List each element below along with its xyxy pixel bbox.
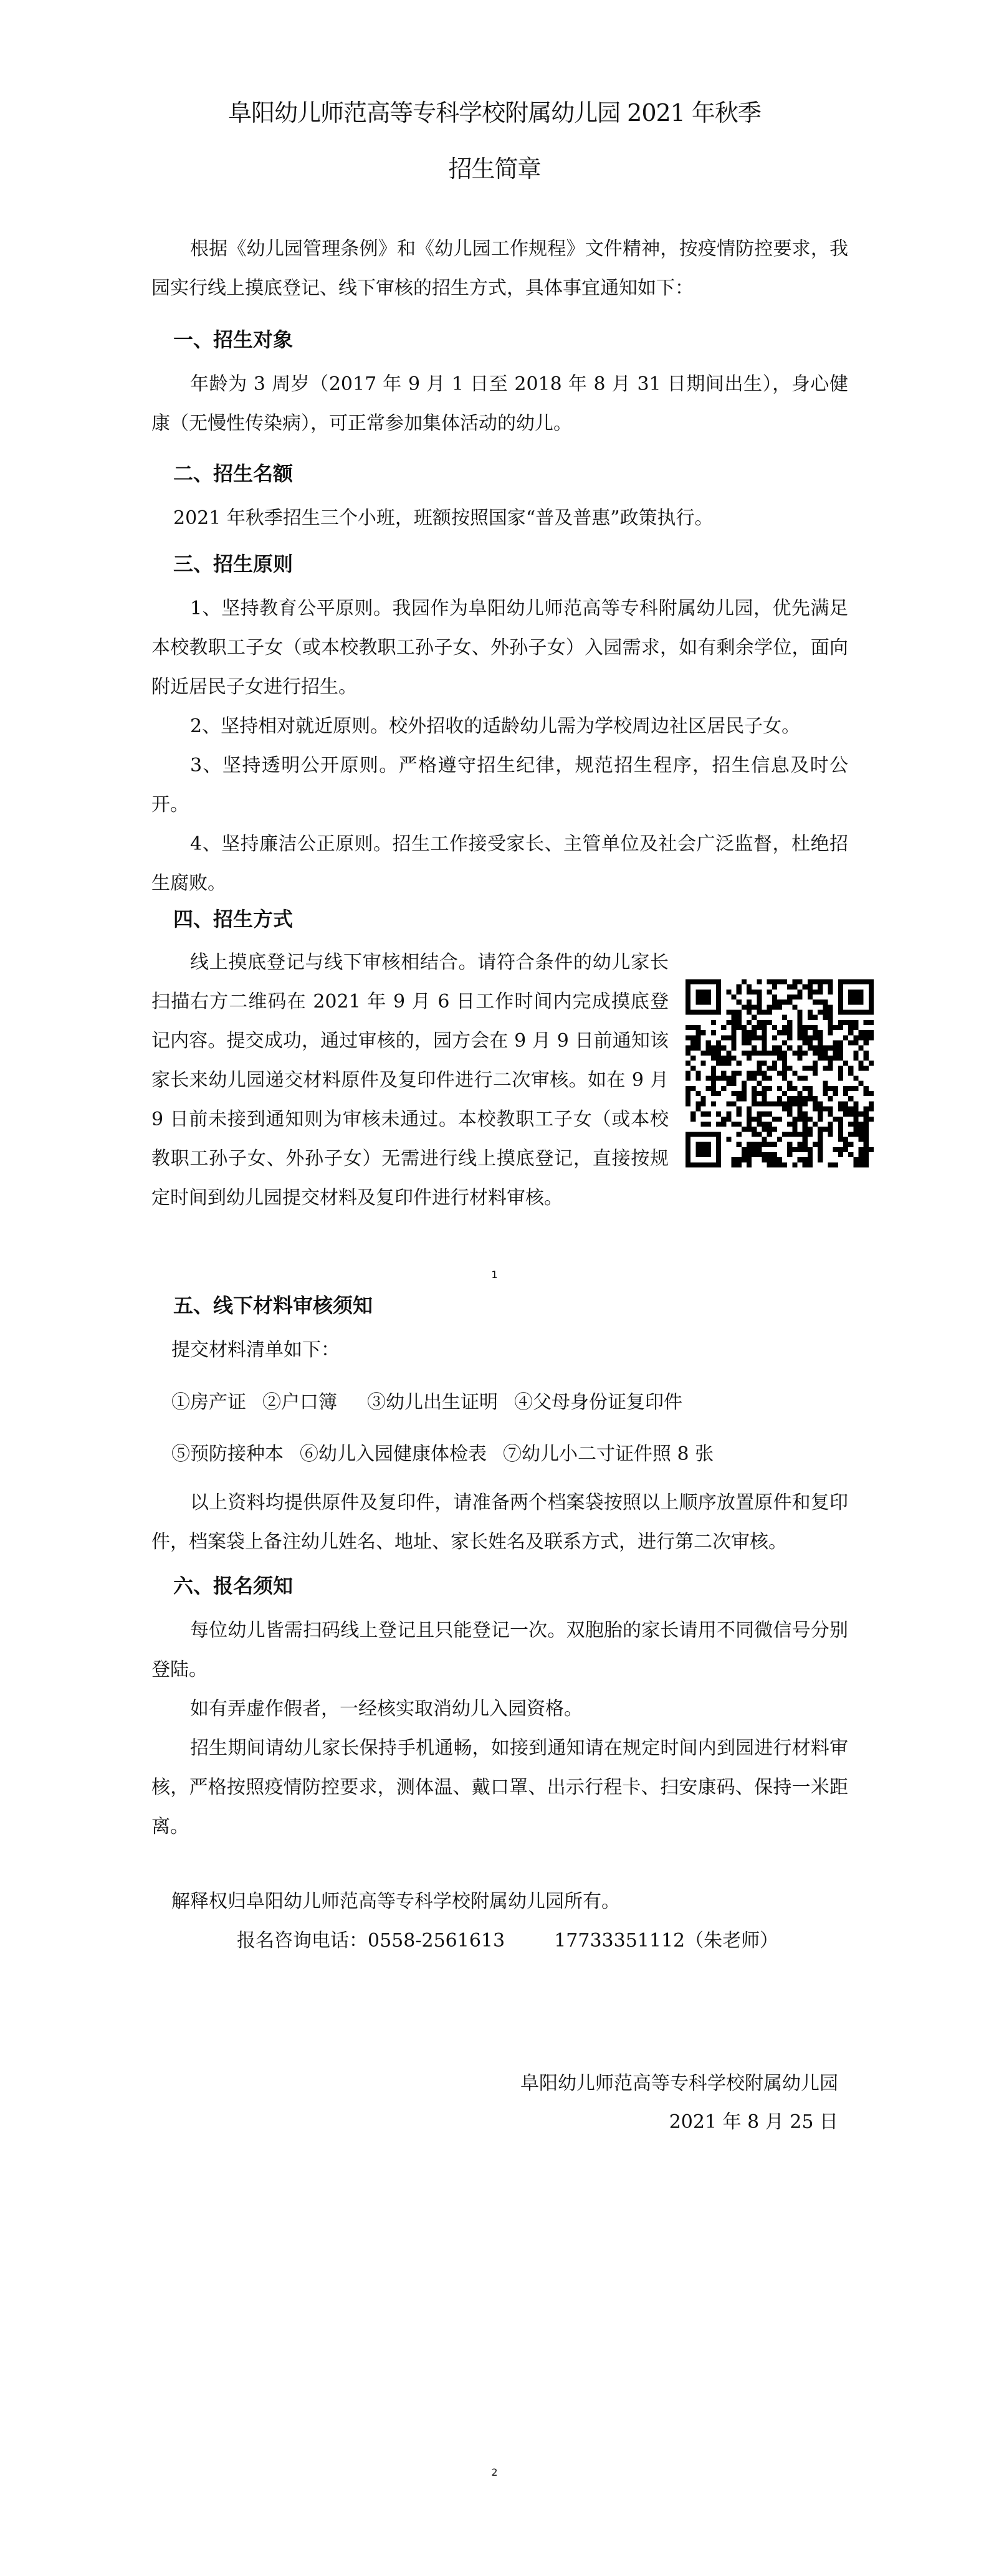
contact-label: 报名咨询电话：0558-2561613 — [237, 1930, 505, 1952]
signature-organization: 阜阳幼儿师范高等专科学校附属幼儿园 — [520, 2068, 838, 2095]
section-heading-6: 六、报名须知 — [173, 1570, 293, 1599]
section-3-paragraph-2: 2、坚持相对就近原则。校外招收的适龄幼儿需为学校周边社区居民子女。 — [151, 707, 848, 746]
section-6-paragraph-2: 如有弄虚作假者，一经核实取消幼儿入园资格。 — [151, 1689, 848, 1729]
section-heading-1: 一、招生对象 — [173, 324, 293, 353]
section-4-paragraph: 线上摸底登记与线下审核相结合。请符合条件的幼儿家长扫描右方二维码在 2021 年… — [151, 943, 669, 1218]
section-3-paragraph-1: 1、坚持教育公平原则。我园作为阜阳幼儿师范高等专科附属幼儿园，优先满足本校教职工… — [151, 589, 848, 707]
section-5-paragraph: 以上资料均提供原件及复印件，请准备两个档案袋按照以上顺序放置原件和复印件，档案袋… — [151, 1483, 848, 1562]
page-number-1: 1 — [0, 1269, 989, 1281]
material-item: ②户口簿 — [262, 1386, 337, 1414]
material-item: ④父母身份证复印件 — [514, 1386, 682, 1414]
section-2-paragraph: 2021 年秋季招生三个小班，班额按照国家“普及普惠”政策执行。 — [173, 499, 870, 538]
section-heading-4: 四、招生方式 — [173, 904, 293, 932]
material-item: ⑦幼儿小二寸证件照 8 张 — [503, 1438, 714, 1466]
qr-code-icon[interactable] — [686, 978, 874, 1168]
intro-paragraph: 根据《幼儿园管理条例》和《幼儿园工作规程》文件精神，按疫情防控要求，我园实行线上… — [151, 229, 848, 308]
document-title: 阜阳幼儿师范高等专科学校附属幼儿园 2021 年秋季 — [0, 93, 989, 128]
section-heading-5: 五、线下材料审核须知 — [173, 1290, 373, 1319]
page-number-2: 2 — [0, 2466, 989, 2478]
material-item: ③幼儿出生证明 — [367, 1386, 498, 1414]
materials-row-2: ⑤预防接种本 ⑥幼儿入园健康体检表 ⑦幼儿小二寸证件照 8 张 — [171, 1438, 714, 1466]
section-heading-3: 三、招生原则 — [173, 548, 293, 577]
section-3-paragraph-4: 4、坚持廉洁公正原则。招生工作接受家长、主管单位及社会广泛监督，杜绝招生腐败。 — [151, 824, 848, 903]
section-1-paragraph: 年龄为 3 周岁（2017 年 9 月 1 日至 2018 年 8 月 31 日… — [151, 365, 848, 443]
section-6-paragraph-3: 招生期间请幼儿家长保持手机通畅，如接到通知请在规定时间内到园进行材料审核，严格按… — [151, 1729, 848, 1846]
signature-date: 2021 年 8 月 25 日 — [669, 2106, 838, 2134]
material-item: ①房产证 — [171, 1386, 246, 1414]
material-item: ⑥幼儿入园健康体检表 — [300, 1438, 487, 1466]
section-3-paragraph-3: 3、坚持透明公开原则。严格遵守招生纪律，规范招生程序，招生信息及时公开。 — [151, 746, 848, 824]
contact-mobile: 17733351112（朱老师） — [554, 1930, 778, 1952]
materials-row-1: ①房产证 ②户口簿 ③幼儿出生证明 ④父母身份证复印件 — [171, 1386, 682, 1414]
contact-phone: 报名咨询电话：0558-2561613 17733351112（朱老师） — [237, 1929, 778, 1953]
rights-statement: 解释权归阜阳幼儿师范高等专科学校附属幼儿园所有。 — [171, 1889, 620, 1914]
section-6-paragraph-1: 每位幼儿皆需扫码线上登记且只能登记一次。双胞胎的家长请用不同微信号分别登陆。 — [151, 1611, 848, 1689]
material-item: ⑤预防接种本 — [171, 1438, 284, 1466]
materials-intro: 提交材料清单如下： — [171, 1330, 868, 1370]
document-subtitle: 招生简章 — [0, 150, 989, 184]
section-heading-2: 二、招生名额 — [173, 458, 293, 487]
